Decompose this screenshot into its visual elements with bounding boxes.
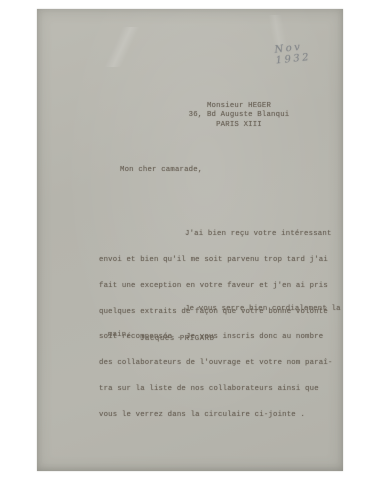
recipient-address-block: Monsieur HEGER 36, Bd Auguste Blanqui PA… bbox=[155, 102, 323, 130]
body-line: vous le verrez dans la circulaire ci-joi… bbox=[99, 411, 341, 420]
handwritten-date-note: Nov 1932 bbox=[274, 38, 344, 67]
closing-line: Je vous serre bien cordialement la bbox=[99, 305, 341, 314]
body-line: des collaborateurs de l'ouvrage et votre… bbox=[99, 359, 341, 368]
letter-paper: Nov 1932 Monsieur HEGER 36, Bd Auguste B… bbox=[37, 9, 343, 471]
body-line: tra sur la liste de nos collaborateurs a… bbox=[99, 385, 341, 394]
signature-name: Jacques PRIGARD bbox=[140, 335, 215, 344]
recipient-city: PARIS XIII bbox=[155, 121, 323, 130]
body-line: J'ai bien reçu votre intéressant bbox=[99, 230, 341, 239]
recipient-name: Monsieur HEGER bbox=[155, 102, 323, 111]
salutation: Mon cher camarade, bbox=[120, 166, 202, 175]
body-line: envoi et bien qu'il me soit parvenu trop… bbox=[99, 256, 341, 265]
paper-crease bbox=[47, 27, 197, 67]
recipient-street: 36, Bd Auguste Blanqui bbox=[155, 111, 323, 120]
scanned-letter-page: Nov 1932 Monsieur HEGER 36, Bd Auguste B… bbox=[0, 0, 378, 480]
closing-formula: Je vous serre bien cordialement la main, bbox=[99, 288, 341, 357]
closing-line: main, bbox=[99, 331, 341, 340]
